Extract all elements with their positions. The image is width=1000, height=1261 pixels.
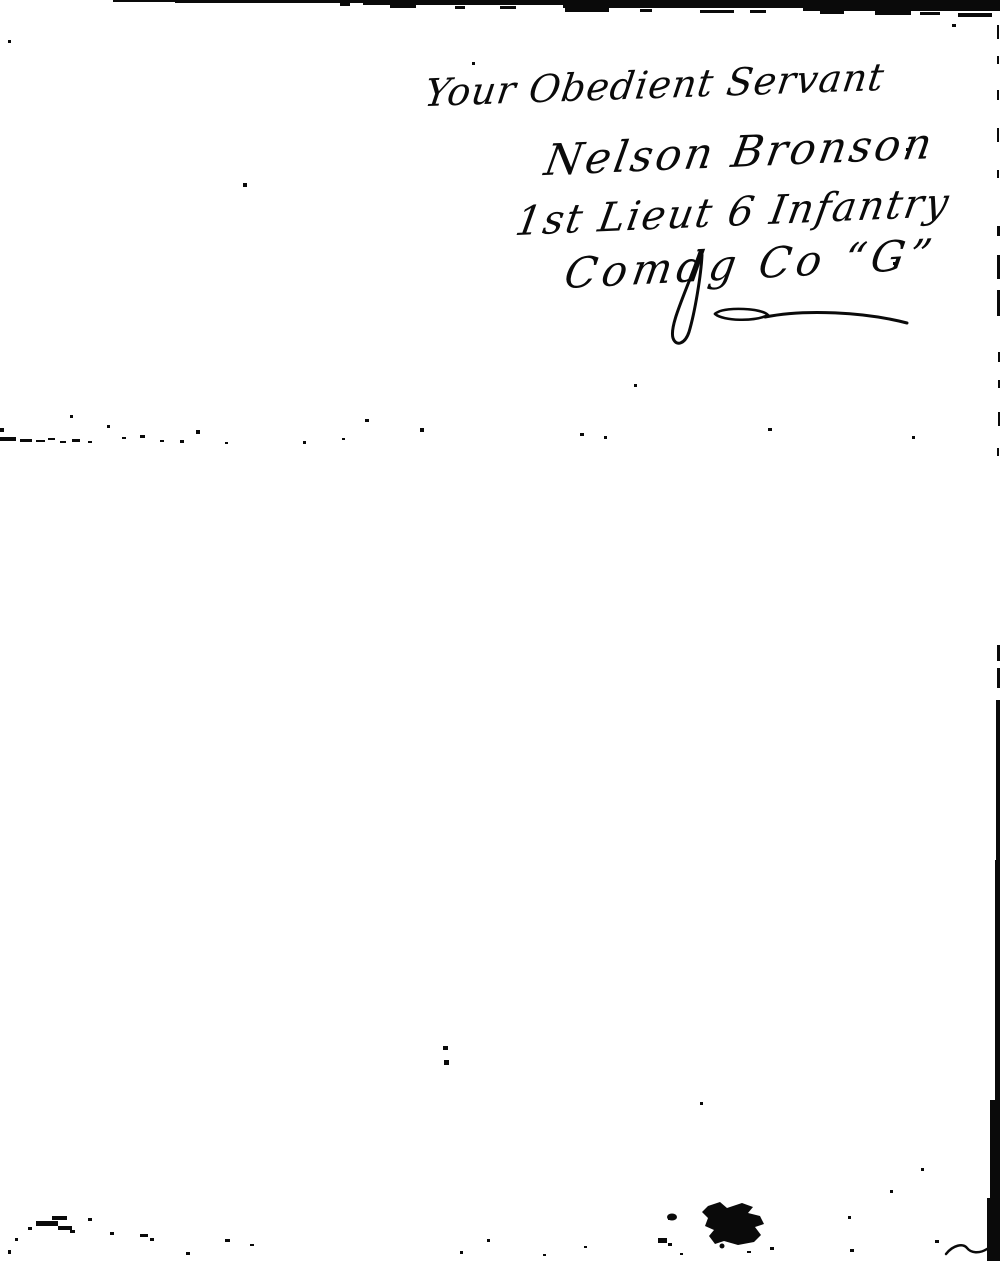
scan-artifact [640,9,652,12]
scan-artifact [996,700,1000,862]
scan-artifact [113,0,175,2]
scan-artifact [680,1253,683,1255]
scan-artifact [921,1168,924,1171]
scan-artifact [750,10,766,13]
scan-artifact [160,440,164,442]
scan-artifact [390,5,416,8]
scan-artifact [88,1218,92,1221]
scan-artifact [668,1216,674,1220]
scan-artifact [700,1102,703,1105]
scan-artifact [110,1232,114,1235]
signature-flourish-underline [555,250,925,355]
scanned-document-page: Your Obedient Servant Nelson Bronson 1st… [0,0,1000,1261]
scan-artifact [460,1251,463,1254]
pen-squiggle [943,1240,993,1260]
scan-artifact [180,440,184,443]
scan-artifact [487,1239,490,1242]
scan-artifact [365,419,369,422]
handwritten-line-signature-name: Nelson Bronson [541,123,937,183]
scan-artifact [122,437,126,439]
scan-artifact [890,1190,893,1193]
scan-artifact [150,1238,154,1241]
scan-artifact [997,448,999,456]
scan-artifact [997,128,999,142]
scan-artifact [987,1198,1000,1261]
scan-artifact [455,6,465,9]
scan-artifact [250,1244,254,1246]
scan-artifact [175,0,363,3]
scan-artifact [20,439,32,442]
scan-artifact [70,1230,75,1233]
scan-artifact [15,1238,18,1241]
scan-artifact [444,1060,449,1065]
scan-artifact [107,425,110,428]
scan-artifact [225,442,228,444]
scan-artifact [997,25,999,39]
scan-artifact [0,437,16,441]
scan-artifact [48,438,55,440]
scan-artifact [584,1246,587,1248]
scan-artifact [920,12,940,15]
scan-artifact [952,24,956,27]
scan-artifact [140,1234,148,1237]
scan-artifact [340,3,350,6]
ink-blot [660,1196,775,1252]
scan-artifact [140,435,145,438]
scan-artifact [658,1238,667,1243]
scan-artifact [604,436,607,439]
scan-artifact [747,1251,751,1253]
scan-artifact [0,428,4,432]
scan-artifact [443,1046,448,1050]
scan-artifact [70,415,73,418]
scan-artifact [196,430,200,434]
scan-artifact [875,11,911,15]
scan-artifact [342,438,345,440]
scan-artifact [243,183,247,187]
scan-artifact [28,1227,32,1230]
scan-artifact [420,428,424,432]
scan-artifact [303,441,306,444]
scan-artifact [60,441,66,443]
scan-artifact [72,439,80,442]
handwritten-line-valediction: Your Obedient Servant [422,58,887,112]
scan-artifact [995,860,1000,1102]
scan-artifact [893,262,896,265]
scan-artifact [768,428,772,431]
scan-artifact [668,1243,672,1246]
scan-artifact [52,1216,67,1220]
scan-artifact [36,440,45,442]
scan-artifact [634,384,637,387]
scan-artifact [770,1247,774,1250]
scan-artifact [8,1250,11,1254]
scan-artifact [500,6,516,9]
scan-artifact [88,441,92,443]
scan-artifact [565,8,609,12]
scan-artifact [543,1254,546,1256]
scan-artifact [850,1249,854,1252]
scan-artifact [580,433,584,436]
scan-artifact [935,1240,939,1243]
scan-artifact [997,90,999,100]
scan-artifact [820,11,844,14]
scan-artifact [906,148,910,151]
scan-artifact [912,436,915,439]
scan-artifact [700,10,734,13]
scan-artifact [186,1252,190,1255]
scan-artifact [958,13,992,17]
scan-artifact [803,0,1000,11]
scan-artifact [848,1216,851,1219]
scan-artifact [36,1221,58,1226]
scan-artifact [563,0,803,8]
scan-artifact [225,1239,230,1242]
scan-artifact [472,62,475,65]
scan-artifact [997,56,999,64]
scan-artifact [8,40,11,43]
scan-artifact [997,170,999,178]
